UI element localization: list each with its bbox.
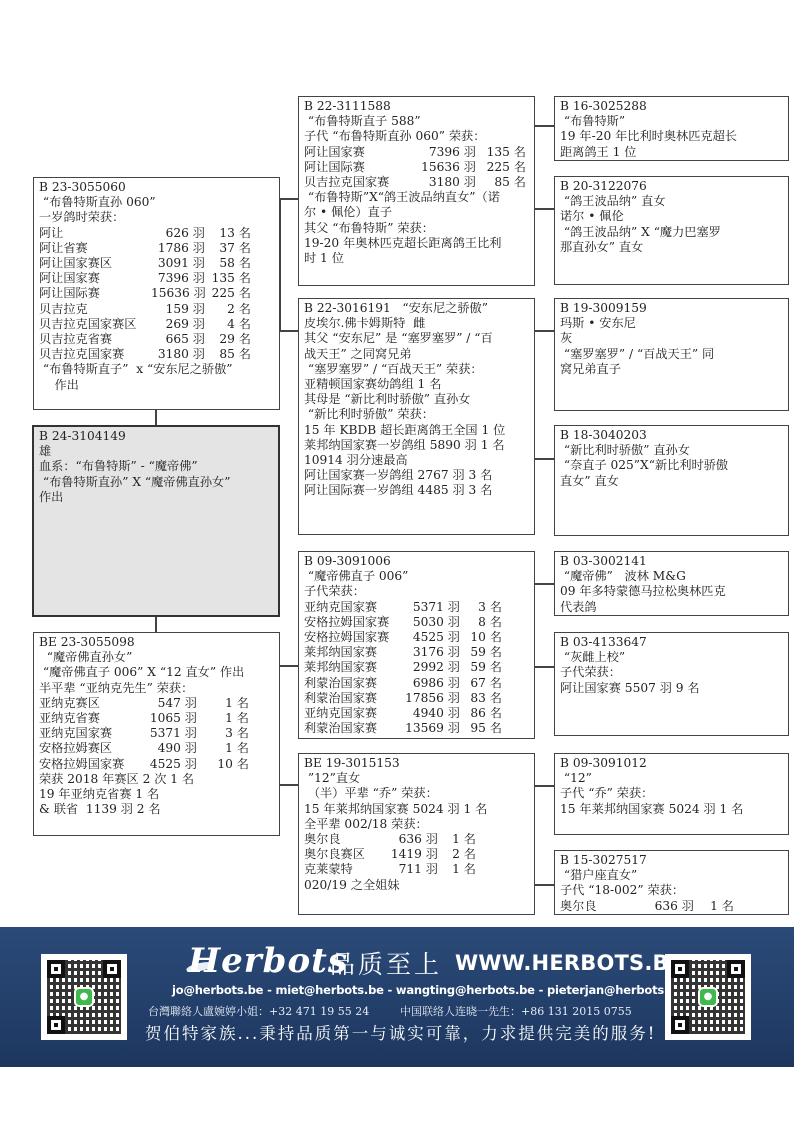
info-line: 亚精顿国家赛幼鸽组 1 名 <box>304 377 530 392</box>
info-line: （半）平辈 “乔” 荣获： <box>304 786 530 801</box>
info-line: 代表鸽 <box>560 600 784 615</box>
sd-sire-card: B 19-3009159 玛斯 • 安东尼 灰 “塞罗塞罗” / “百战天王” … <box>554 298 789 411</box>
subject-card: B 24-3104149 雄 血系：“布鲁特斯” - “魔帝佛” “布鲁特斯直孙… <box>32 425 280 617</box>
info-line: 子代荣获： <box>304 584 530 599</box>
results-table: 阿让626 羽13 名 阿让省赛1786 羽37 名 阿让国家赛区3091 羽5… <box>39 226 275 363</box>
info-line: 其父 “布鲁特斯” 荣获： <box>304 221 530 236</box>
dd-sire-card: B 09-3091012 “12” 子代 “乔” 荣获： 15 年莱邦纳国家赛 … <box>554 753 789 835</box>
connector-sd-bottom <box>534 458 554 460</box>
pigeon-name: “魔帝佛直孙女” <box>39 650 275 665</box>
qr-code-wechat: ● <box>665 954 751 1040</box>
sd-dam-card: B 18-3040203 “新比利时骄傲” 直孙女 “奈直子 025”X“新比利… <box>554 425 789 536</box>
info-line: 其父 “安东尼” 是 “塞罗塞罗” / “百 <box>304 331 530 346</box>
info-line: 莱邦纳国家赛一岁鸽组 5890 羽 1 名 <box>304 438 530 453</box>
dd-dam-card: B 15-3027517 “猎户座直女” 子代 “18-002” 荣获： 奥尔良… <box>554 850 789 915</box>
ring-number: B 23-3055060 <box>39 180 275 195</box>
info-line: 020/19 之全姐妹 <box>304 878 530 893</box>
info-line: “塞罗塞罗” / “百战天王” 同 <box>560 347 784 362</box>
slogan: 品质至上 <box>330 945 442 981</box>
pigeon-name: “布鲁特斯直孙 060” <box>39 195 275 210</box>
pigeon-name: ”12”直女 <box>304 771 530 786</box>
info-line: 19 年亚纳克省赛 1 名 <box>39 787 275 802</box>
contact-china: 中国联络人连晓一先生：+86 131 2015 0755 <box>400 1003 632 1019</box>
info-line: 作出 <box>39 490 274 505</box>
pigeon-name: 玛斯 • 安东尼 <box>560 316 784 331</box>
results-table: 奥尔良636 羽1 名 奥尔良赛区1419 羽2 名 克莱蒙特711 羽1 名 <box>304 832 530 878</box>
dam-card: BE 23-3055098 “魔帝佛直孙女” “魔帝佛直子 006” X “12… <box>33 632 280 836</box>
info-line: 其母是 “新比利时骄傲” 直孙女 <box>304 392 530 407</box>
pigeon-name: “新比利时骄傲” 直孙女 <box>560 443 784 458</box>
ss-sire-card: B 16-3025288 “布鲁特斯” 19 年-20 年比利时奥林匹克超长 距… <box>554 96 789 161</box>
info-line: 皮埃尔.佛卡姆斯特 雌 <box>304 316 530 331</box>
info-line: 那直孙女” 直女 <box>560 240 784 255</box>
pigeon-name: “12” <box>560 771 784 786</box>
wechat-icon: ● <box>698 987 718 1007</box>
info-line: & 联省 1139 羽 2 名 <box>39 802 275 817</box>
info-line: “布鲁特斯直子” x “安东尼之骄傲” <box>39 362 275 377</box>
connector-subject-dam <box>155 616 157 632</box>
connector-sd-top <box>534 330 554 332</box>
info-line: 子代 “布鲁特斯直孙 060” 荣获： <box>304 129 530 144</box>
info-line: 尔 • 佩伦）直子 <box>304 205 530 220</box>
info-line: “塞罗塞罗” / “百战天王” 荣获： <box>304 362 530 377</box>
results-table: 奥尔良636 羽1 名 <box>560 899 784 914</box>
info-line: 直女” 直女 <box>560 474 784 489</box>
pigeon-name: “布鲁特斯” <box>560 114 784 129</box>
pigeon-name: “魔帝佛直子 006” <box>304 569 530 584</box>
results-table: 亚纳克国家赛5371 羽3 名 安格拉姆国家赛5030 羽8 名 安格拉姆国家赛… <box>304 600 530 737</box>
connector-sire-bottom <box>279 330 298 332</box>
connector-dam-top <box>279 665 298 667</box>
pigeon-name: “灰雌上校” <box>560 650 784 665</box>
connector-subject-sire <box>155 409 157 425</box>
info-line: 荣获 2018 年赛区 2 次 1 名 <box>39 772 275 787</box>
footer-banner: ● Herbots 品质至上 WWW.HERBOTS.BE jo@herbots… <box>0 927 794 1067</box>
info-line: 全平辈 002/18 荣获： <box>304 817 530 832</box>
info-line: 15 年莱邦纳国家赛 5024 羽 1 名 <box>304 802 530 817</box>
info-line: 子代荣获： <box>560 665 784 680</box>
sire-sire-card: B 22-3111588 “布鲁特斯直子 588” 子代 “布鲁特斯直孙 060… <box>298 96 535 286</box>
motto: 贺伯特家族...秉持品质第一与诚实可靠，力求提供完美的服务! <box>145 1020 656 1044</box>
ring-number: B 20-3122076 <box>560 179 784 194</box>
qr-code-line: ● <box>41 954 127 1040</box>
info-line: 战天王” 之同窝兄弟 <box>304 347 530 362</box>
info-line: 19 年-20 年比利时奥林匹克超长 <box>560 129 784 144</box>
ds-dam-card: B 03-4133647 “灰雌上校” 子代荣获： 阿让国家赛 5507 羽 9… <box>554 632 789 736</box>
info-line: 窝兄弟直子 <box>560 362 784 377</box>
ring-number: B 03-3002141 <box>560 554 784 569</box>
pigeon-name: “猎户座直女” <box>560 868 784 883</box>
email-list[interactable]: jo@herbots.be - miet@herbots.be - wangti… <box>172 983 684 997</box>
ring-number: B 03-4133647 <box>560 635 784 650</box>
info-line: 阿让国际赛一岁鸽组 4485 羽 3 名 <box>304 483 530 498</box>
info-line: 10914 羽分速最高 <box>304 453 530 468</box>
info-line: “布鲁特斯”X“鸽王波品纳直女”（诺 <box>304 190 530 205</box>
info-line: “鸽王波品纳” X “魔力巴塞罗 <box>560 225 784 240</box>
info-line: 距离鸽王 1 位 <box>560 145 784 160</box>
info-line: 阿让国家赛一岁鸽组 2767 羽 3 名 <box>304 468 530 483</box>
ring-number: BE 19-3015153 <box>304 756 530 771</box>
line-icon: ● <box>74 987 94 1007</box>
connector-ds-bottom <box>534 666 554 668</box>
pigeon-name: “鸽王波品纳” 直女 <box>560 194 784 209</box>
pigeon-name: “布鲁特斯直子 588” <box>304 114 530 129</box>
bloodline: 血系：“布鲁特斯” - “魔帝佛” <box>39 459 274 474</box>
contact-taiwan: 台灣聯絡人盧婉婷小姐：+32 471 19 55 24 <box>148 1003 369 1019</box>
info-line: 19-20 年奥林匹克超长距离鸽王比利 <box>304 236 530 251</box>
website-link[interactable]: WWW.HERBOTS.BE <box>455 951 683 975</box>
ring-number: B 15-3027517 <box>560 853 784 868</box>
info-line: 子代 “18-002” 荣获： <box>560 883 784 898</box>
info-line: 作出 <box>39 378 275 393</box>
ring-number: BE 23-3055098 <box>39 635 275 650</box>
connector-ss-top <box>534 125 554 127</box>
ring-number: B 22-3111588 <box>304 99 530 114</box>
info-line: 15 年 KBDB 超长距离鸽王全国 1 位 <box>304 423 530 438</box>
info-line: “魔帝佛直子 006” X “12 直女” 作出 <box>39 665 275 680</box>
info-line: “新比利时骄傲” 荣获： <box>304 407 530 422</box>
color: 灰 <box>560 331 784 346</box>
info-line: 一岁鸽时荣获： <box>39 210 275 225</box>
dam-dam-card: BE 19-3015153 ”12”直女 （半）平辈 “乔” 荣获： 15 年莱… <box>298 753 535 915</box>
ring-number: B 16-3025288 <box>560 99 784 114</box>
ds-sire-card: B 03-3002141 “魔帝佛” 波林 M&G 09 年多特蒙德马拉松奥林匹… <box>554 551 789 616</box>
pigeon-name: “安东尼之骄傲” <box>391 301 488 315</box>
ring-number: B 09-3091006 <box>304 554 530 569</box>
connector-ds-top <box>534 583 554 585</box>
sire-dam-card: B 22-3016191 “安东尼之骄傲” 皮埃尔.佛卡姆斯特 雌 其父 “安东… <box>298 298 535 535</box>
pigeon-name: “魔帝佛” 波林 M&G <box>560 569 784 584</box>
brand-logo: Herbots <box>188 941 348 981</box>
connector-dd-top <box>534 785 554 787</box>
info-line: 诺尔 • 佩伦 <box>560 209 784 224</box>
results-table: 亚纳克赛区547 羽1 名 亚纳克省赛1065 羽1 名 亚纳克国家赛5371 … <box>39 696 275 772</box>
info-line: 时 1 位 <box>304 251 530 266</box>
sire-card: B 23-3055060 “布鲁特斯直孙 060” 一岁鸽时荣获： 阿让626 … <box>33 177 280 410</box>
connector-sire-top <box>279 198 298 200</box>
info-line: “奈直子 025”X“新比利时骄傲 <box>560 458 784 473</box>
ring-number: B 22-3016191 <box>304 301 391 315</box>
results-table: 阿让国家赛7396 羽135 名 阿让国际赛15636 羽225 名 贝吉拉克国… <box>304 145 530 191</box>
info-line: 15 年莱邦纳国家赛 5024 羽 1 名 <box>560 802 784 817</box>
info-line: “布鲁特斯直孙” X “魔帝佛直孙女” <box>39 475 274 490</box>
ss-dam-card: B 20-3122076 “鸽王波品纳” 直女 诺尔 • 佩伦 “鸽王波品纳” … <box>554 176 789 285</box>
ring-number: B 19-3009159 <box>560 301 784 316</box>
connector-dam-bottom <box>279 784 298 786</box>
ring-number: B 09-3091012 <box>560 756 784 771</box>
dam-sire-card: B 09-3091006 “魔帝佛直子 006” 子代荣获： 亚纳克国家赛537… <box>298 551 535 739</box>
info-line: 阿让国家赛 5507 羽 9 名 <box>560 681 784 696</box>
connector-ss-bottom <box>534 208 554 210</box>
ring-number: B 18-3040203 <box>560 428 784 443</box>
info-line: 09 年多特蒙德马拉松奥林匹克 <box>560 584 784 599</box>
connector-dd-bottom <box>534 884 554 886</box>
info-line: 子代 “乔” 荣获： <box>560 786 784 801</box>
sex: 雄 <box>39 444 274 459</box>
ring-number: B 24-3104149 <box>39 429 274 444</box>
info-line: 半平辈 “亚纳克先生” 荣获： <box>39 681 275 696</box>
